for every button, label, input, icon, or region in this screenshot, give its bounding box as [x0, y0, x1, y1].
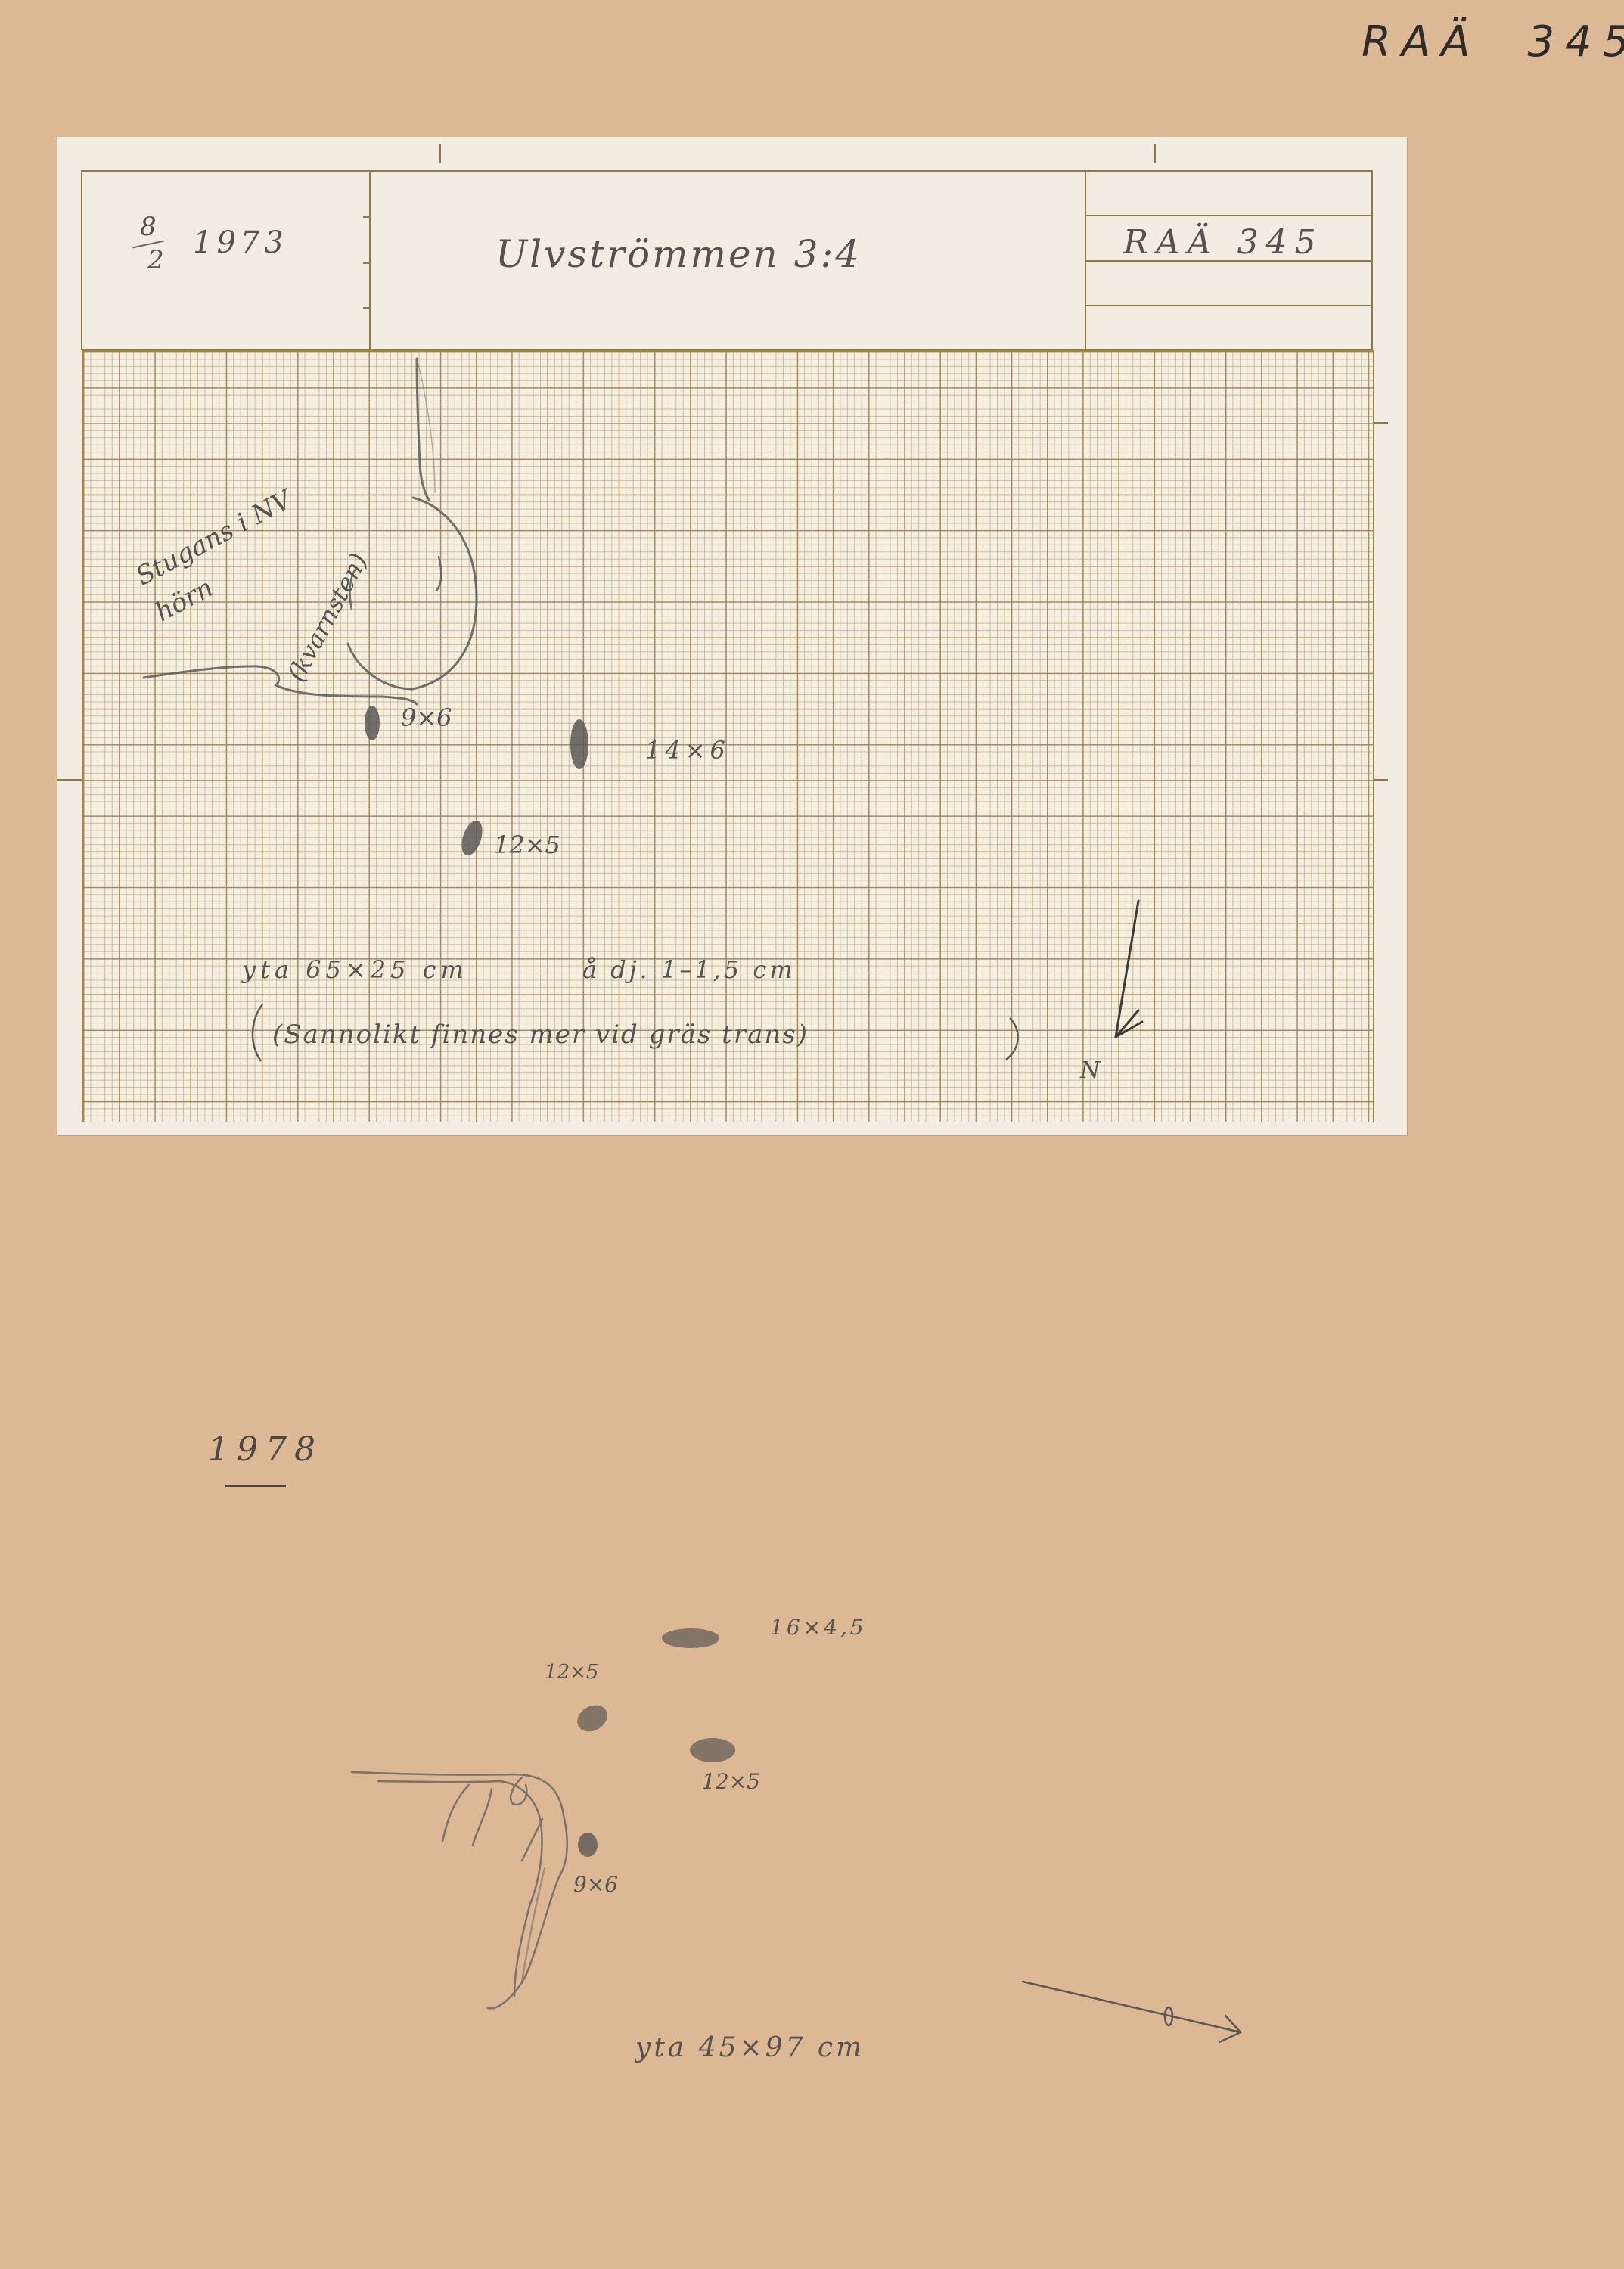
cupmark-1978-a-label: 16×4,5 [770, 1617, 867, 1638]
rock-outline-1978 [0, 0, 1624, 2269]
cupmark-1978-d [578, 1833, 598, 1857]
cupmark-1978-b-label: 12×5 [545, 1662, 598, 1682]
cupmark-1978-d-label: 9×6 [573, 1874, 618, 1895]
cupmark-1978-c [690, 1738, 735, 1762]
area-text-1978: yta 45×97 cm [635, 2035, 865, 2062]
cupmark-1978-c-label: 12×5 [702, 1771, 760, 1793]
cupmark-1978-a [662, 1628, 719, 1648]
